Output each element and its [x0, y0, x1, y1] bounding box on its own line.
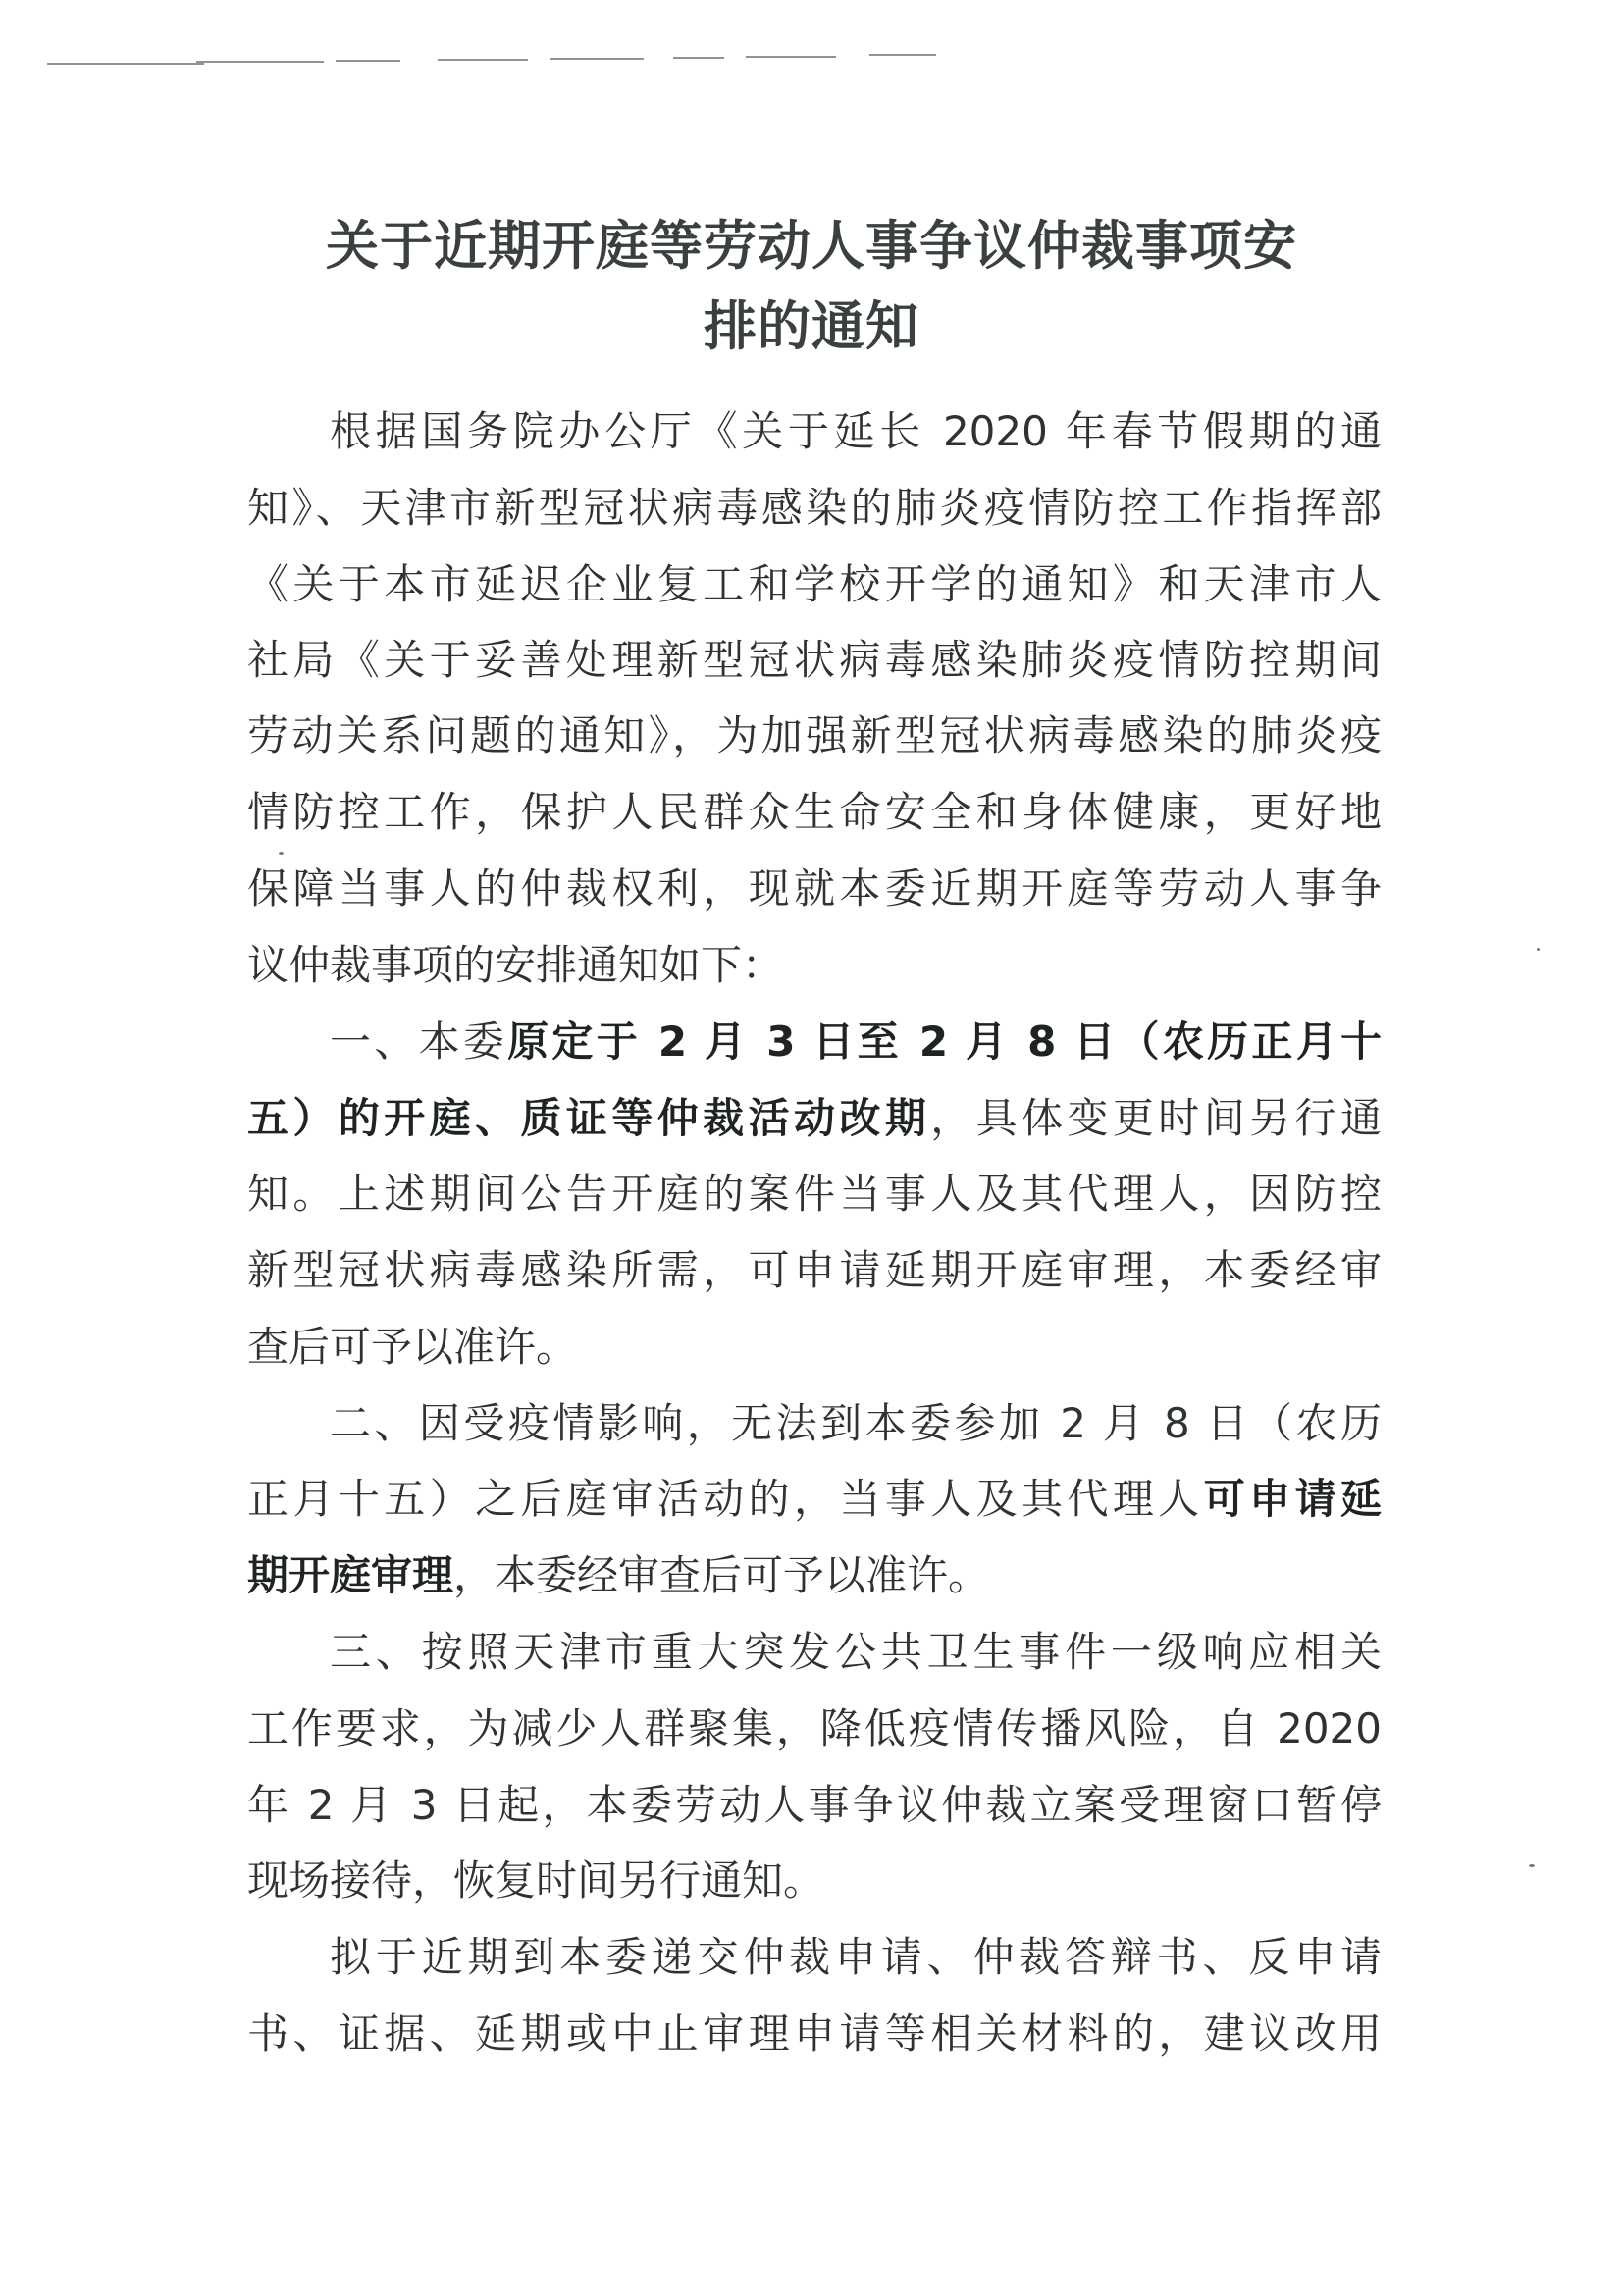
- text-line: 现场接待，恢复时间另行通知。: [247, 1853, 1382, 1908]
- text-line: 保障当事人的仲裁权利，现就本委近期开庭等劳动人事争: [247, 861, 1382, 916]
- text-segment: 年 2 月 3 日起，本委劳动人事争议仲裁立案受理窗口暂停: [247, 1781, 1382, 1829]
- text-segment: 一、本委: [330, 1018, 507, 1066]
- text-segment: ，具体变更时间另行通: [930, 1094, 1382, 1142]
- text-segment: 正月十五）之后庭审活动的，当事人及其代理人: [247, 1475, 1204, 1523]
- text-line: 一、本委原定于 2 月 3 日至 2 月 8 日（农历正月十: [330, 1015, 1382, 1070]
- text-segment: 社局《关于妥善处理新型冠状病毒感染肺炎疫情防控期间: [247, 636, 1382, 684]
- text-line: 拟于近期到本委递交仲裁申请、仲裁答辩书、反申请: [330, 1930, 1382, 1985]
- text-segment: 根据国务院办公厅《关于延长 2020 年春节假期的通: [330, 407, 1382, 455]
- bold-text-segment: 可申请延: [1204, 1475, 1382, 1523]
- text-line: 三、按照天津市重大突发公共卫生事件一级响应相关: [330, 1625, 1382, 1680]
- text-line: 二、因受疫情影响，无法到本委参加 2 月 8 日（农历: [330, 1396, 1382, 1451]
- text-line: 知。上述期间公告开庭的案件当事人及其代理人，因防控: [247, 1167, 1382, 1222]
- title-line-1: 关于近期开庭等劳动人事争议仲裁事项安: [0, 204, 1623, 280]
- text-segment: 二、因受疫情影响，无法到本委参加 2 月 8 日（农历: [330, 1399, 1382, 1447]
- text-segment: 书、证据、延期或中止审理申请等相关材料的，建议改用: [247, 2009, 1382, 2058]
- scan-speck: [1529, 1864, 1535, 1867]
- text-segment: 知。上述期间公告开庭的案件当事人及其代理人，因防控: [247, 1170, 1382, 1218]
- text-segment: 《关于本市延迟企业复工和学校开学的通知》和天津市人: [247, 560, 1382, 608]
- text-segment: 知》、天津市新型冠状病毒感染的肺炎疫情防控工作指挥部: [247, 484, 1382, 532]
- text-segment: 劳动关系问题的通知》，为加强新型冠状病毒感染的肺炎疫: [247, 711, 1382, 759]
- text-segment: 拟于近期到本委递交仲裁申请、仲裁答辩书、反申请: [330, 1933, 1382, 1981]
- text-line: 书、证据、延期或中止审理申请等相关材料的，建议改用: [247, 2007, 1382, 2061]
- text-segment: 新型冠状病毒感染所需，可申请延期开庭审理，本委经审: [247, 1246, 1382, 1294]
- text-line: 新型冠状病毒感染所需，可申请延期开庭审理，本委经审: [247, 1243, 1382, 1298]
- text-segment: 议仲裁事项的安排通知如下：: [247, 941, 783, 989]
- bold-text-segment: 期开庭审理: [247, 1551, 453, 1599]
- text-line: 情防控工作，保护人民群众生命安全和身体健康，更好地: [247, 785, 1382, 840]
- text-segment: 情防控工作，保护人民群众生命安全和身体健康，更好地: [247, 788, 1382, 836]
- title-line-2: 排的通知: [0, 285, 1623, 360]
- text-line: 期开庭审理，本委经审查后可予以准许。: [247, 1548, 1382, 1603]
- text-segment: 三、按照天津市重大突发公共卫生事件一级响应相关: [330, 1628, 1382, 1676]
- text-segment: 查后可予以准许。: [247, 1323, 577, 1371]
- text-line: 议仲裁事项的安排通知如下：: [247, 938, 1382, 993]
- text-segment: 工作要求，为减少人群聚集，降低疫情传播风险，自 2020: [247, 1704, 1382, 1752]
- text-line: 《关于本市延迟企业复工和学校开学的通知》和天津市人: [247, 557, 1382, 612]
- text-line: 知》、天津市新型冠状病毒感染的肺炎疫情防控工作指挥部: [247, 481, 1382, 536]
- text-segment: 保障当事人的仲裁权利，现就本委近期开庭等劳动人事争: [247, 864, 1382, 913]
- text-line: 根据国务院办公厅《关于延长 2020 年春节假期的通: [330, 404, 1382, 459]
- bold-text-segment: 原定于 2 月 3 日至 2 月 8 日（农历正月十: [507, 1018, 1382, 1066]
- text-line: 五）的开庭、质证等仲裁活动改期，具体变更时间另行通: [247, 1091, 1382, 1146]
- scan-speck: [279, 852, 284, 855]
- bold-text-segment: 五）的开庭、质证等仲裁活动改期: [247, 1094, 930, 1142]
- text-line: 正月十五）之后庭审活动的，当事人及其代理人可申请延: [247, 1472, 1382, 1527]
- text-line: 劳动关系问题的通知》，为加强新型冠状病毒感染的肺炎疫: [247, 708, 1382, 763]
- text-segment: ，本委经审查后可予以准许。: [453, 1551, 989, 1599]
- text-line: 工作要求，为减少人群聚集，降低疫情传播风险，自 2020: [247, 1701, 1382, 1756]
- text-segment: 现场接待，恢复时间另行通知。: [247, 1856, 824, 1905]
- text-line: 社局《关于妥善处理新型冠状病毒感染肺炎疫情防控期间: [247, 633, 1382, 688]
- text-line: 年 2 月 3 日起，本委劳动人事争议仲裁立案受理窗口暂停: [247, 1778, 1382, 1833]
- text-line: 查后可予以准许。: [247, 1320, 1382, 1375]
- scan-speck: [1537, 948, 1540, 951]
